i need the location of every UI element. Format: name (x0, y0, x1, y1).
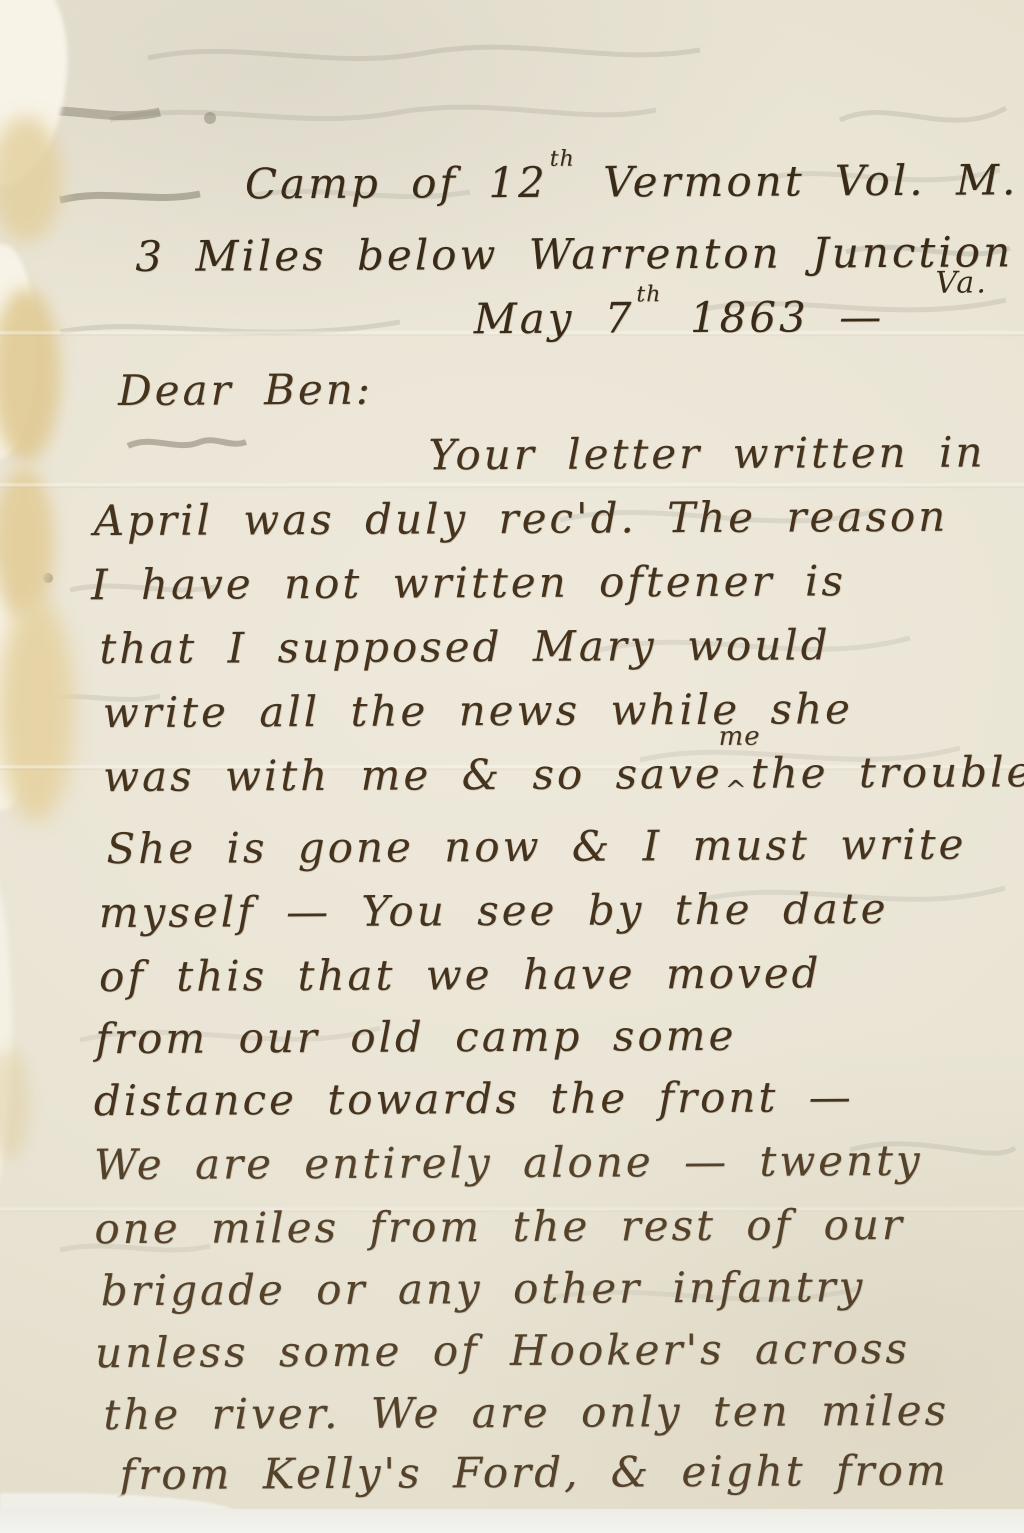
date-line-text: 1863 — (659, 292, 884, 342)
body-line: of this that we have moved (99, 948, 822, 1001)
location-line-text: 3 Miles below Warrenton Junction (135, 227, 1013, 281)
heading-state-superscript: Va. (935, 266, 988, 301)
body-line: unless some of Hooker's across (95, 1324, 910, 1377)
body-line: She is gone now & I must write (106, 820, 966, 874)
letter-text: Camp of 12th Vermont Vol. M. 3 Miles bel… (0, 0, 1024, 1533)
camp-line-text: Camp of 12 (245, 158, 548, 209)
body-line: distance towards the front — (94, 1072, 854, 1125)
salutation: Dear Ben: (118, 365, 373, 415)
heading-location-line: 3 Miles below Warrenton Junction (135, 227, 1013, 281)
heading-date-line: May 7th 1863 — (474, 292, 885, 343)
camp-line-superscript: th (550, 147, 575, 172)
date-line-superscript: th (636, 282, 661, 307)
body-line: the river. We are only ten miles (103, 1386, 949, 1439)
body-line: from our old camp some (95, 1011, 736, 1063)
body-line-with-insertion: was with me & so saveme^the trouble. (103, 747, 1024, 801)
line-text: the trouble. (751, 747, 1024, 798)
body-line: April was duly rec'd. The reason (94, 492, 949, 545)
body-line: We are entirely alone — twenty (94, 1136, 923, 1189)
date-line-text: May 7 (474, 293, 635, 343)
heading-camp-line: Camp of 12th Vermont Vol. M. (245, 155, 1019, 208)
body-line: I have not written oftener is (91, 556, 846, 609)
body-line: brigade or any other infantry (101, 1262, 866, 1315)
body-line: myself — You see by the date (99, 884, 889, 937)
scanned-letter-page: Camp of 12th Vermont Vol. M. 3 Miles bel… (0, 0, 1024, 1533)
body-line: one miles from the rest of our (94, 1200, 905, 1253)
body-line: that I supposed Mary would (99, 620, 830, 673)
camp-line-text: Vermont Vol. M. (573, 155, 1019, 206)
line-text: was with me & so save (103, 749, 723, 801)
body-line: Your letter written in (428, 428, 985, 480)
insertion-caret: ^ (725, 776, 750, 806)
inserted-word: me (718, 722, 760, 752)
body-line: from Kelly's Ford, & eight from (120, 1446, 949, 1499)
